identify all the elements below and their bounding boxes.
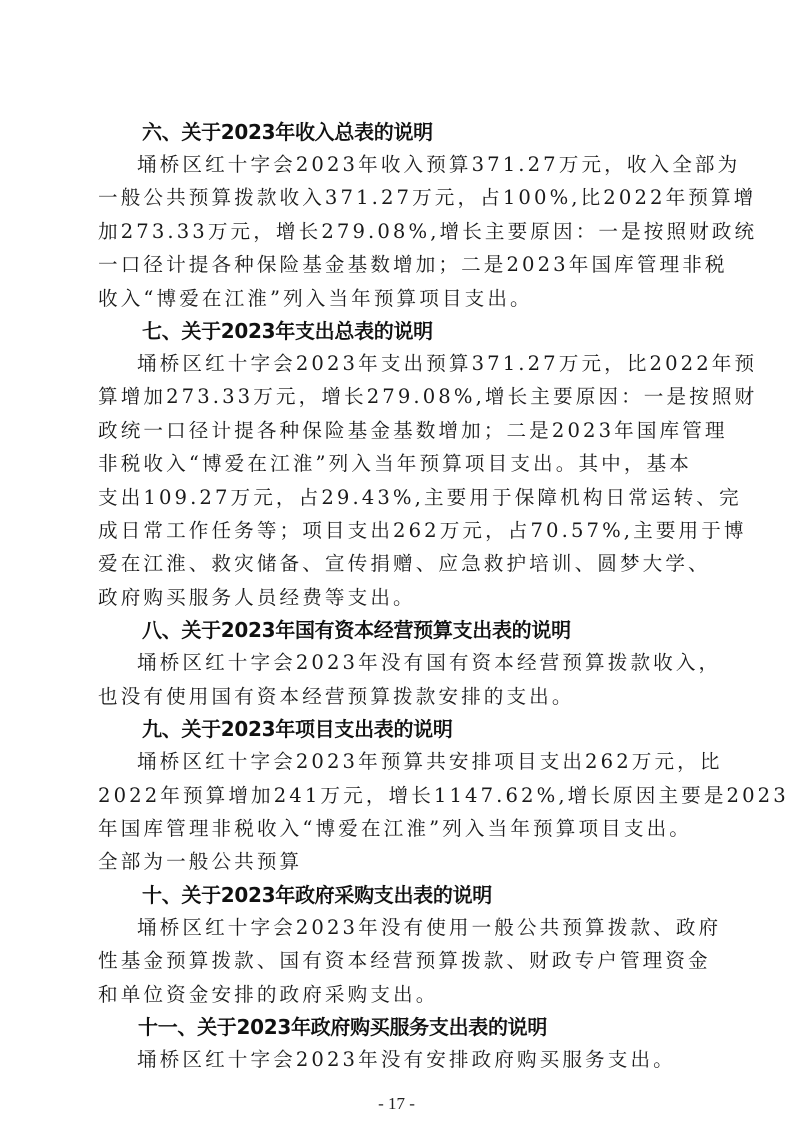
section-body-10: 埇桥区红十字会2023年没有使用一般公共预算拨款、政府 性基金预算拨款、国有资本… [98, 911, 692, 1011]
paragraph-line: 全部为一般公共预算 [98, 845, 692, 878]
paragraph-line: 埇桥区红十字会2023年预算共安排项目支出262万元，比 [98, 745, 692, 778]
paragraph-line: 非税收入“博爱在江淮”列入当年预算项目支出。其中，基本 [98, 447, 692, 480]
paragraph-line: 算增加273.33万元，增长279.08%,增长主要原因：一是按照财 [98, 380, 692, 413]
paragraph-line: 埇桥区红十字会2023年没有国有资本经营预算拨款收入， [98, 646, 692, 679]
section-heading-11: 十一、关于2023年政府购买服务支出表的说明 [98, 1011, 692, 1043]
paragraph-line: 成日常工作任务等；项目支出262万元，占70.57%,主要用于博 [98, 514, 692, 547]
section-body-6: 埇桥区红十字会2023年收入预算371.27万元，收入全部为 一般公共预算拨款收… [98, 148, 692, 315]
section-body-9: 埇桥区红十字会2023年预算共安排项目支出262万元，比 2022年预算增加24… [98, 745, 692, 879]
paragraph-line: 爱在江淮、救灾储备、宣传捐赠、应急救护培训、圆梦大学、 [98, 547, 692, 580]
paragraph-line: 2022年预算增加241万元，增长1147.62%,增长原因主要是2023 [98, 779, 692, 812]
section-body-7: 埇桥区红十字会2023年支出预算371.27万元，比2022年预 算增加273.… [98, 347, 692, 614]
paragraph-line: 收入“博爱在江淮”列入当年预算项目支出。 [98, 282, 692, 315]
page-number: - 17 - [0, 1094, 793, 1114]
paragraph-line: 埇桥区红十字会2023年支出预算371.27万元，比2022年预 [98, 347, 692, 380]
paragraph-line: 性基金预算拨款、国有资本经营预算拨款、财政专户管理资金 [98, 944, 692, 977]
paragraph-line: 一般公共预算拨款收入371.27万元，占100%,比2022年预算增 [98, 181, 692, 214]
paragraph-line: 支出109.27万元，占29.43%,主要用于保障机构日常运转、完 [98, 481, 692, 514]
section-heading-10: 十、关于2023年政府采购支出表的说明 [98, 879, 692, 911]
paragraph-line: 埇桥区红十字会2023年收入预算371.27万元，收入全部为 [98, 148, 692, 181]
paragraph-line: 政府购买服务人员经费等支出。 [98, 581, 692, 614]
section-body-8: 埇桥区红十字会2023年没有国有资本经营预算拨款收入， 也没有使用国有资本经营预… [98, 646, 692, 713]
document-page: 六、关于2023年收入总表的说明 埇桥区红十字会2023年收入预算371.27万… [98, 116, 692, 1076]
section-heading-9: 九、关于2023年项目支出表的说明 [98, 713, 692, 745]
paragraph-line: 也没有使用国有资本经营预算拨款安排的支出。 [98, 680, 692, 713]
paragraph-line: 一口径计提各种保险基金基数增加；二是2023年国库管理非税 [98, 248, 692, 281]
paragraph-line: 政统一口径计提各种保险基金基数增加；二是2023年国库管理 [98, 414, 692, 447]
paragraph-line: 埇桥区红十字会2023年没有安排政府购买服务支出。 [98, 1043, 692, 1076]
paragraph-line: 年国库管理非税收入“博爱在江淮”列入当年预算项目支出。 [98, 812, 692, 845]
paragraph-line: 加273.33万元，增长279.08%,增长主要原因：一是按照财政统 [98, 215, 692, 248]
section-heading-8: 八、关于2023年国有资本经营预算支出表的说明 [98, 614, 692, 646]
section-body-11: 埇桥区红十字会2023年没有安排政府购买服务支出。 [98, 1043, 692, 1076]
paragraph-line: 埇桥区红十字会2023年没有使用一般公共预算拨款、政府 [98, 911, 692, 944]
paragraph-line: 和单位资金安排的政府采购支出。 [98, 978, 692, 1011]
section-heading-7: 七、关于2023年支出总表的说明 [98, 315, 692, 347]
section-heading-6: 六、关于2023年收入总表的说明 [98, 116, 692, 148]
